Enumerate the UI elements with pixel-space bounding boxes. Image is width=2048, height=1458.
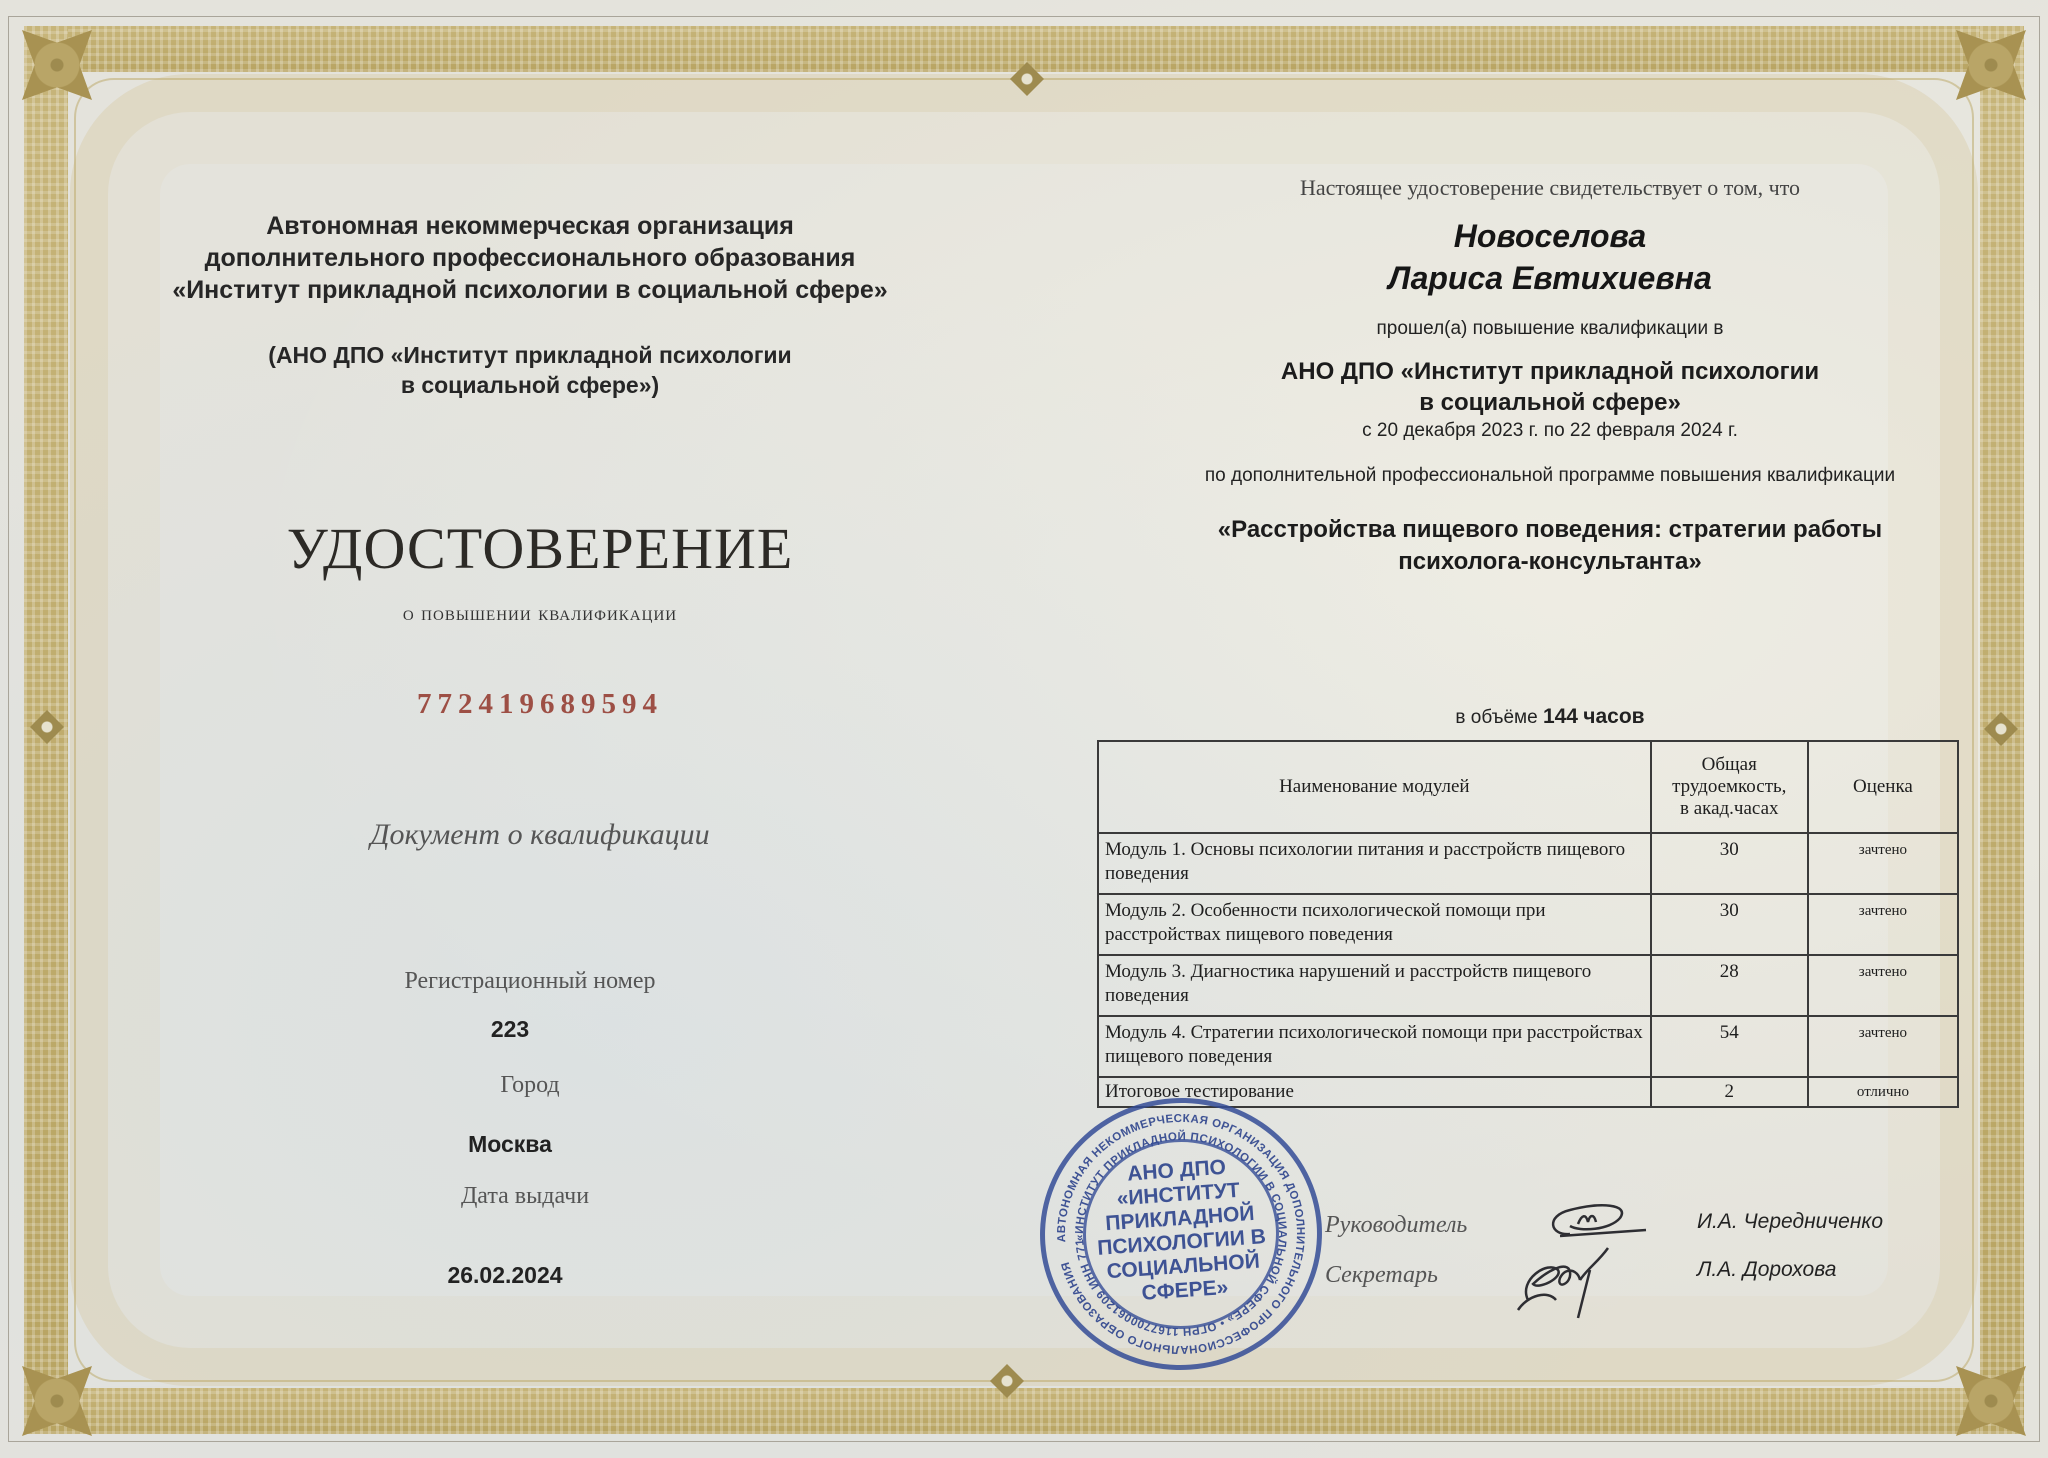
table-row: Модуль 1. Основы психологии питания и ра…	[1098, 833, 1958, 894]
table-row: Модуль 4. Стратегии психологической помо…	[1098, 1016, 1958, 1077]
module-hours: 2	[1651, 1077, 1808, 1107]
modules-table: Наименование модулей Общая трудоемкость,…	[1097, 740, 1959, 1108]
module-hours: 28	[1651, 955, 1808, 1016]
passed-text: прошел(а) повышение квалификации в	[1110, 318, 1990, 340]
module-hours: 54	[1651, 1016, 1808, 1077]
issue-date-value: 26.02.2024	[380, 1262, 630, 1289]
certificate-intro: Настоящее удостоверение свидетельствует …	[1110, 175, 1990, 201]
header-module-name: Наименование модулей	[1098, 741, 1651, 833]
registration-label: Регистрационный номер	[360, 968, 700, 995]
table-row: Модуль 3. Диагностика нарушений и расстр…	[1098, 955, 1958, 1016]
organization-short-name: (АНО ДПО «Институт прикладной психологии…	[160, 340, 900, 400]
program-volume: в объёме 144 часов	[1110, 705, 1990, 729]
module-grade: зачтено	[1808, 955, 1958, 1016]
official-stamp: АВТОНОМНАЯ НЕКОММЕРЧЕСКАЯ ОРГАНИЗАЦИЯ ДО…	[1031, 1088, 1331, 1379]
registration-number: 223	[410, 1016, 610, 1043]
signature-name-head: И.А. Чередниченко	[1697, 1210, 1883, 1234]
organization-full-name: Автономная некоммерческая организация до…	[110, 210, 950, 306]
city-value: Москва	[400, 1131, 620, 1158]
module-grade: отлично	[1808, 1077, 1958, 1107]
recipient-given-names: Лариса Евтихиевна	[1110, 257, 1990, 299]
stamp-center-text: АНО ДПО «ИНСТИТУТ ПРИКЛАДНОЙ ПСИХОЛОГИИ …	[1080, 1152, 1282, 1309]
issue-date-label: Дата выдачи	[420, 1183, 630, 1210]
study-period: с 20 декабря 2023 г. по 22 февраля 2024 …	[1110, 420, 1990, 442]
module-hours: 30	[1651, 894, 1808, 955]
recipient-name: Новоселова Лариса Евтихиевна	[1110, 215, 1990, 299]
module-name: Модуль 4. Стратегии психологической помо…	[1098, 1016, 1651, 1077]
module-grade: зачтено	[1808, 894, 1958, 955]
header-grade: Оценка	[1808, 741, 1958, 833]
signature-name-secretary: Л.А. Дорохова	[1697, 1258, 1836, 1282]
program-name: «Расстройства пищевого поведения: страте…	[1110, 514, 1990, 578]
certificate-page: Автономная некоммерческая организация до…	[0, 0, 2048, 1458]
module-name: Модуль 1. Основы психологии питания и ра…	[1098, 833, 1651, 894]
signature-secretary-icon	[1508, 1240, 1638, 1320]
module-grade: зачтено	[1808, 833, 1958, 894]
signature-role-head: Руководитель	[1325, 1212, 1467, 1239]
serial-number: 772419689594	[340, 688, 740, 721]
program-intro: по дополнительной профессиональной прогр…	[1110, 465, 1990, 487]
header-hours: Общая трудоемкость, в акад.часах	[1651, 741, 1808, 833]
document-kind: Документ о квалификации	[300, 818, 780, 852]
module-grade: зачтено	[1808, 1016, 1958, 1077]
document-title: УДОСТОВЕРЕНИЕ	[200, 515, 880, 582]
frame-border-bottom	[24, 1388, 2024, 1434]
module-hours: 30	[1651, 833, 1808, 894]
city-label: Город	[420, 1072, 640, 1099]
signature-role-secretary: Секретарь	[1325, 1262, 1438, 1289]
document-subtitle: о повышении квалификации	[200, 600, 880, 626]
institution-name: АНО ДПО «Институт прикладной психологии …	[1110, 356, 1990, 418]
table-row: Модуль 2. Особенности психологической по…	[1098, 894, 1958, 955]
table-header-row: Наименование модулей Общая трудоемкость,…	[1098, 741, 1958, 833]
module-name: Модуль 3. Диагностика нарушений и расстр…	[1098, 955, 1651, 1016]
signature-head-icon	[1540, 1196, 1650, 1246]
volume-hours: 144	[1543, 705, 1578, 728]
recipient-surname: Новоселова	[1110, 215, 1990, 257]
module-name: Модуль 2. Особенности психологической по…	[1098, 894, 1651, 955]
